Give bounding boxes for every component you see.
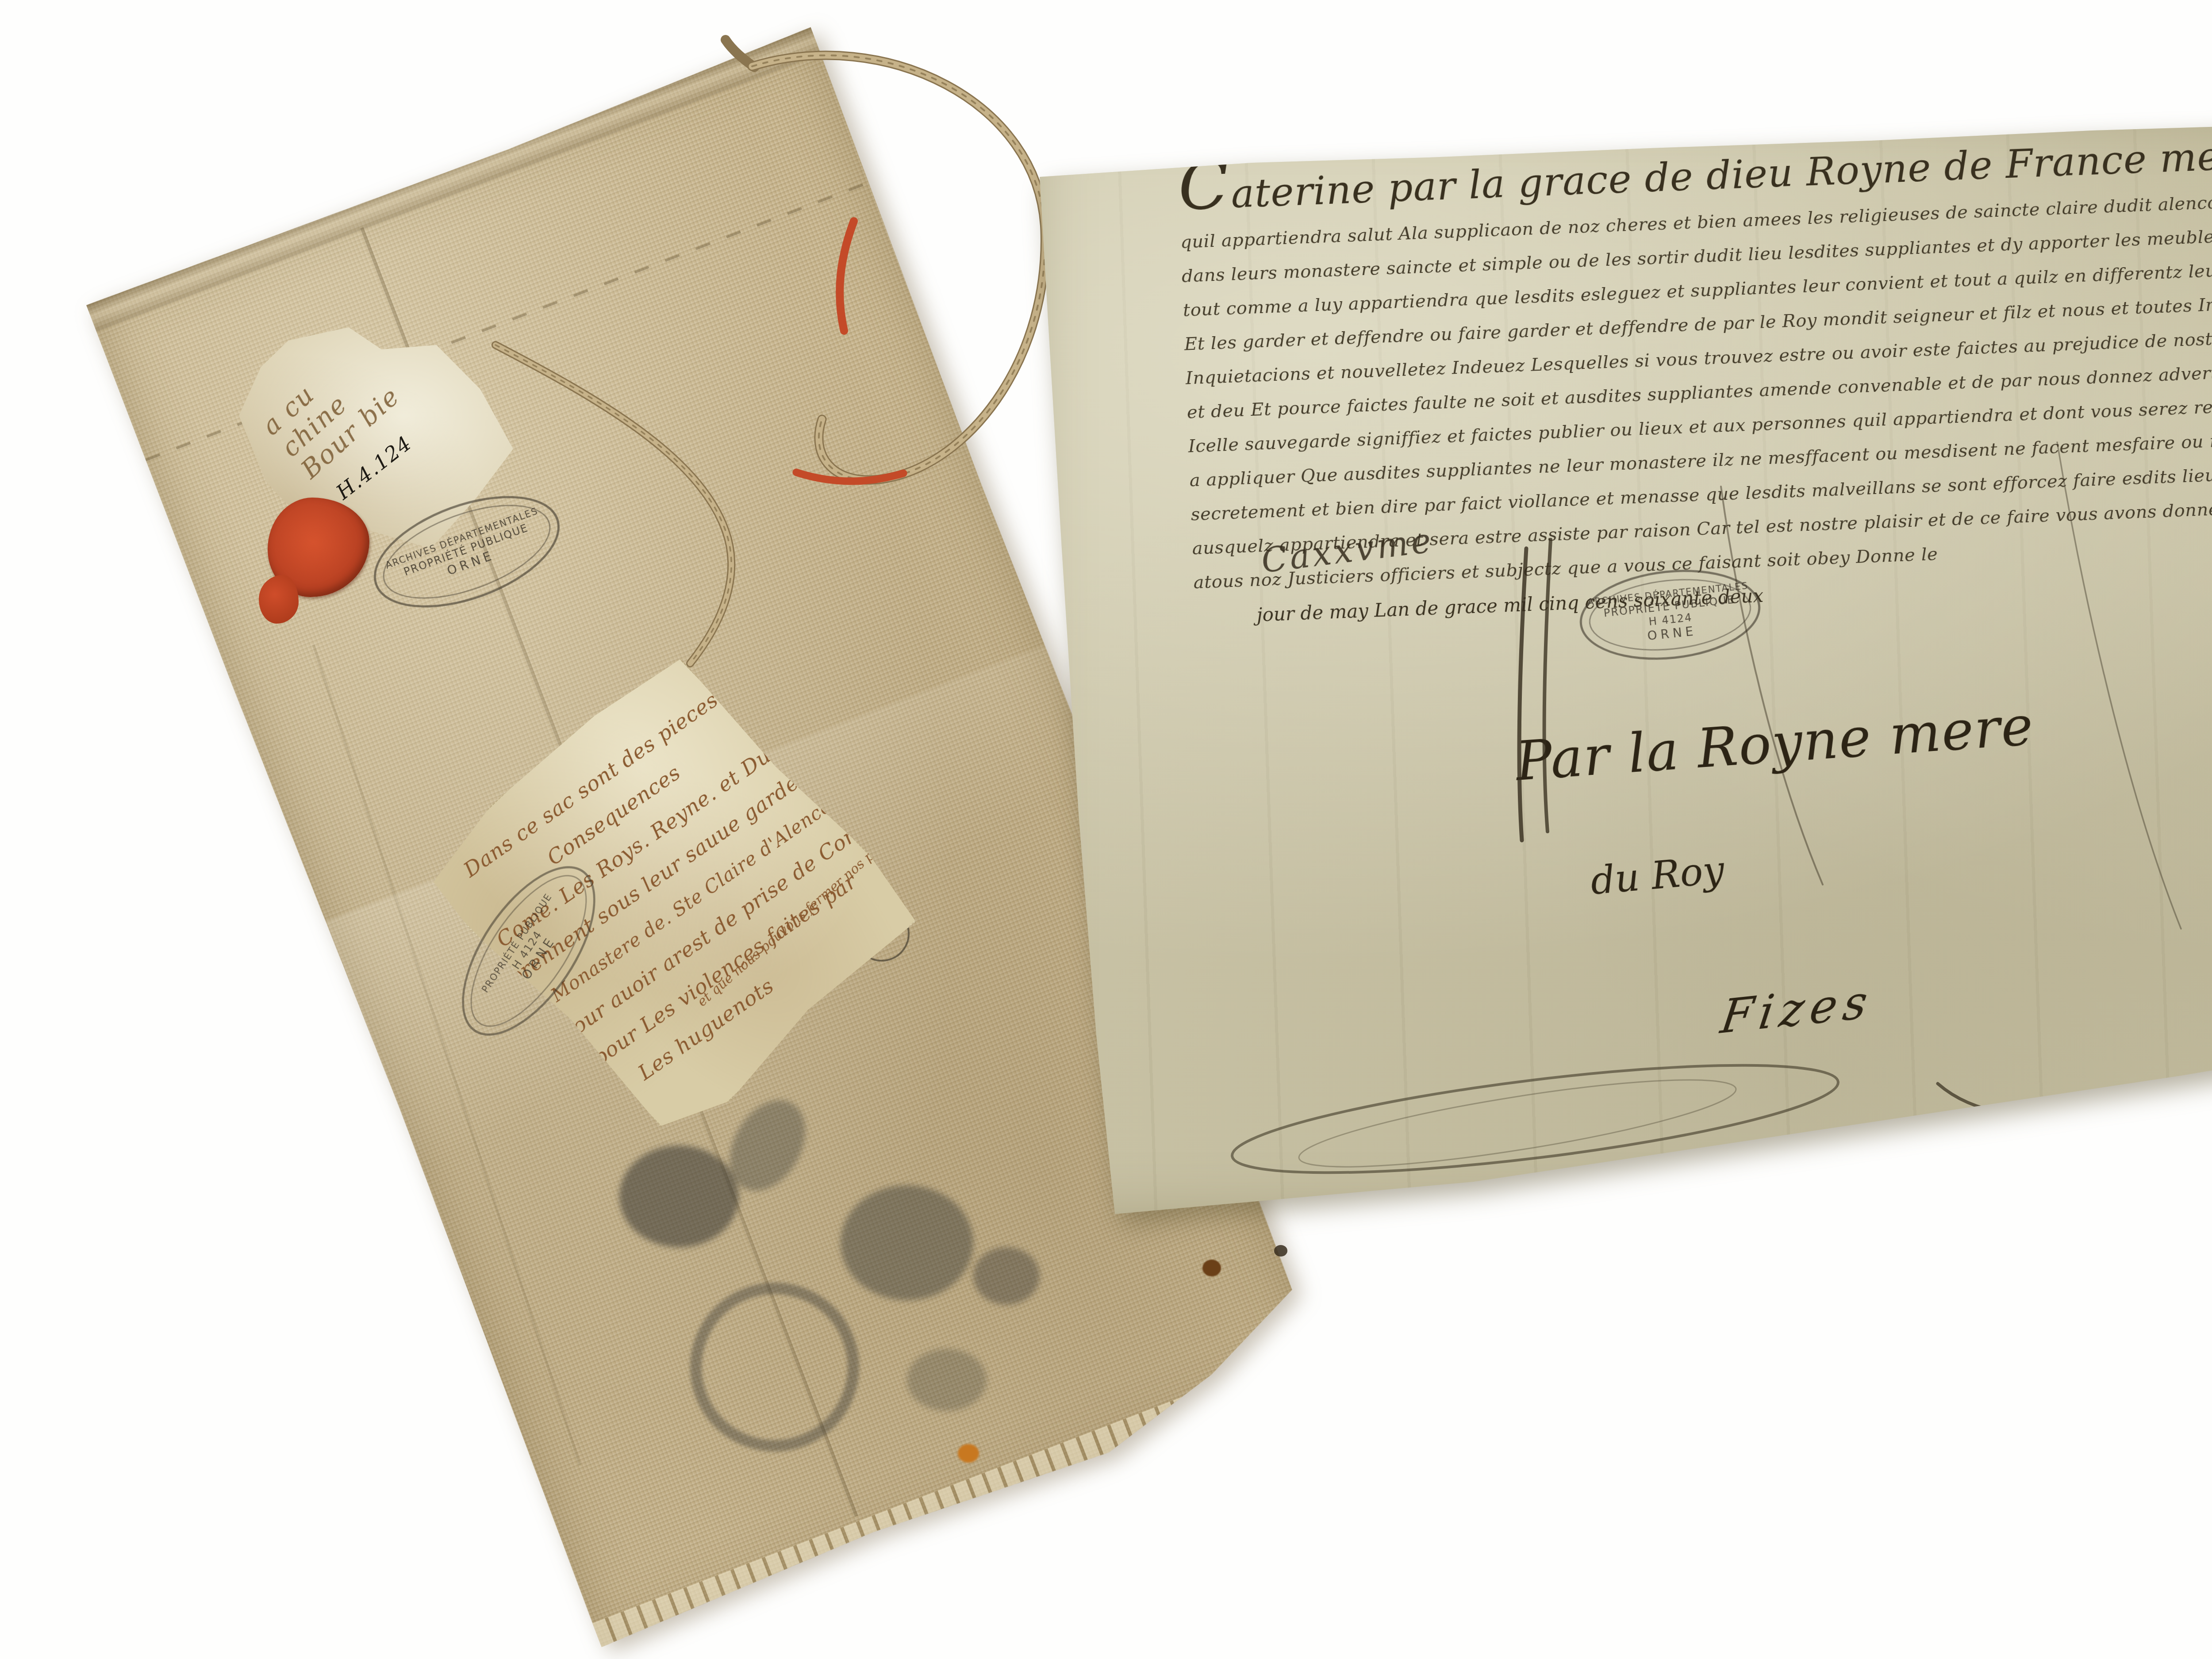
ink-smudge — [973, 1247, 1040, 1305]
secretary-signature: Fizes — [1717, 973, 1877, 1045]
signature-du-roy: du Roy — [1589, 848, 1726, 904]
orange-spot — [958, 1444, 979, 1463]
photo-stage: a cu chine Bour bie H.4.124 ARCHIVES DÉP… — [0, 0, 2212, 1659]
offset-seal-ring — [690, 1283, 859, 1452]
red-wax-drip — [259, 575, 299, 624]
parchment-sheet: Caterine par la grace de dieu Royne de F… — [1031, 106, 2212, 1221]
parchment-letter: Caterine par la grace de dieu Royne de F… — [1031, 106, 2212, 1221]
ink-smudge — [907, 1349, 987, 1411]
ink-smudge — [619, 1146, 739, 1247]
dark-fleck — [1274, 1245, 1287, 1257]
ink-smudge — [841, 1185, 973, 1300]
brown-spot — [1202, 1260, 1221, 1276]
signature-par-la-royne-mere: Par la Royne mere — [1513, 694, 2035, 793]
